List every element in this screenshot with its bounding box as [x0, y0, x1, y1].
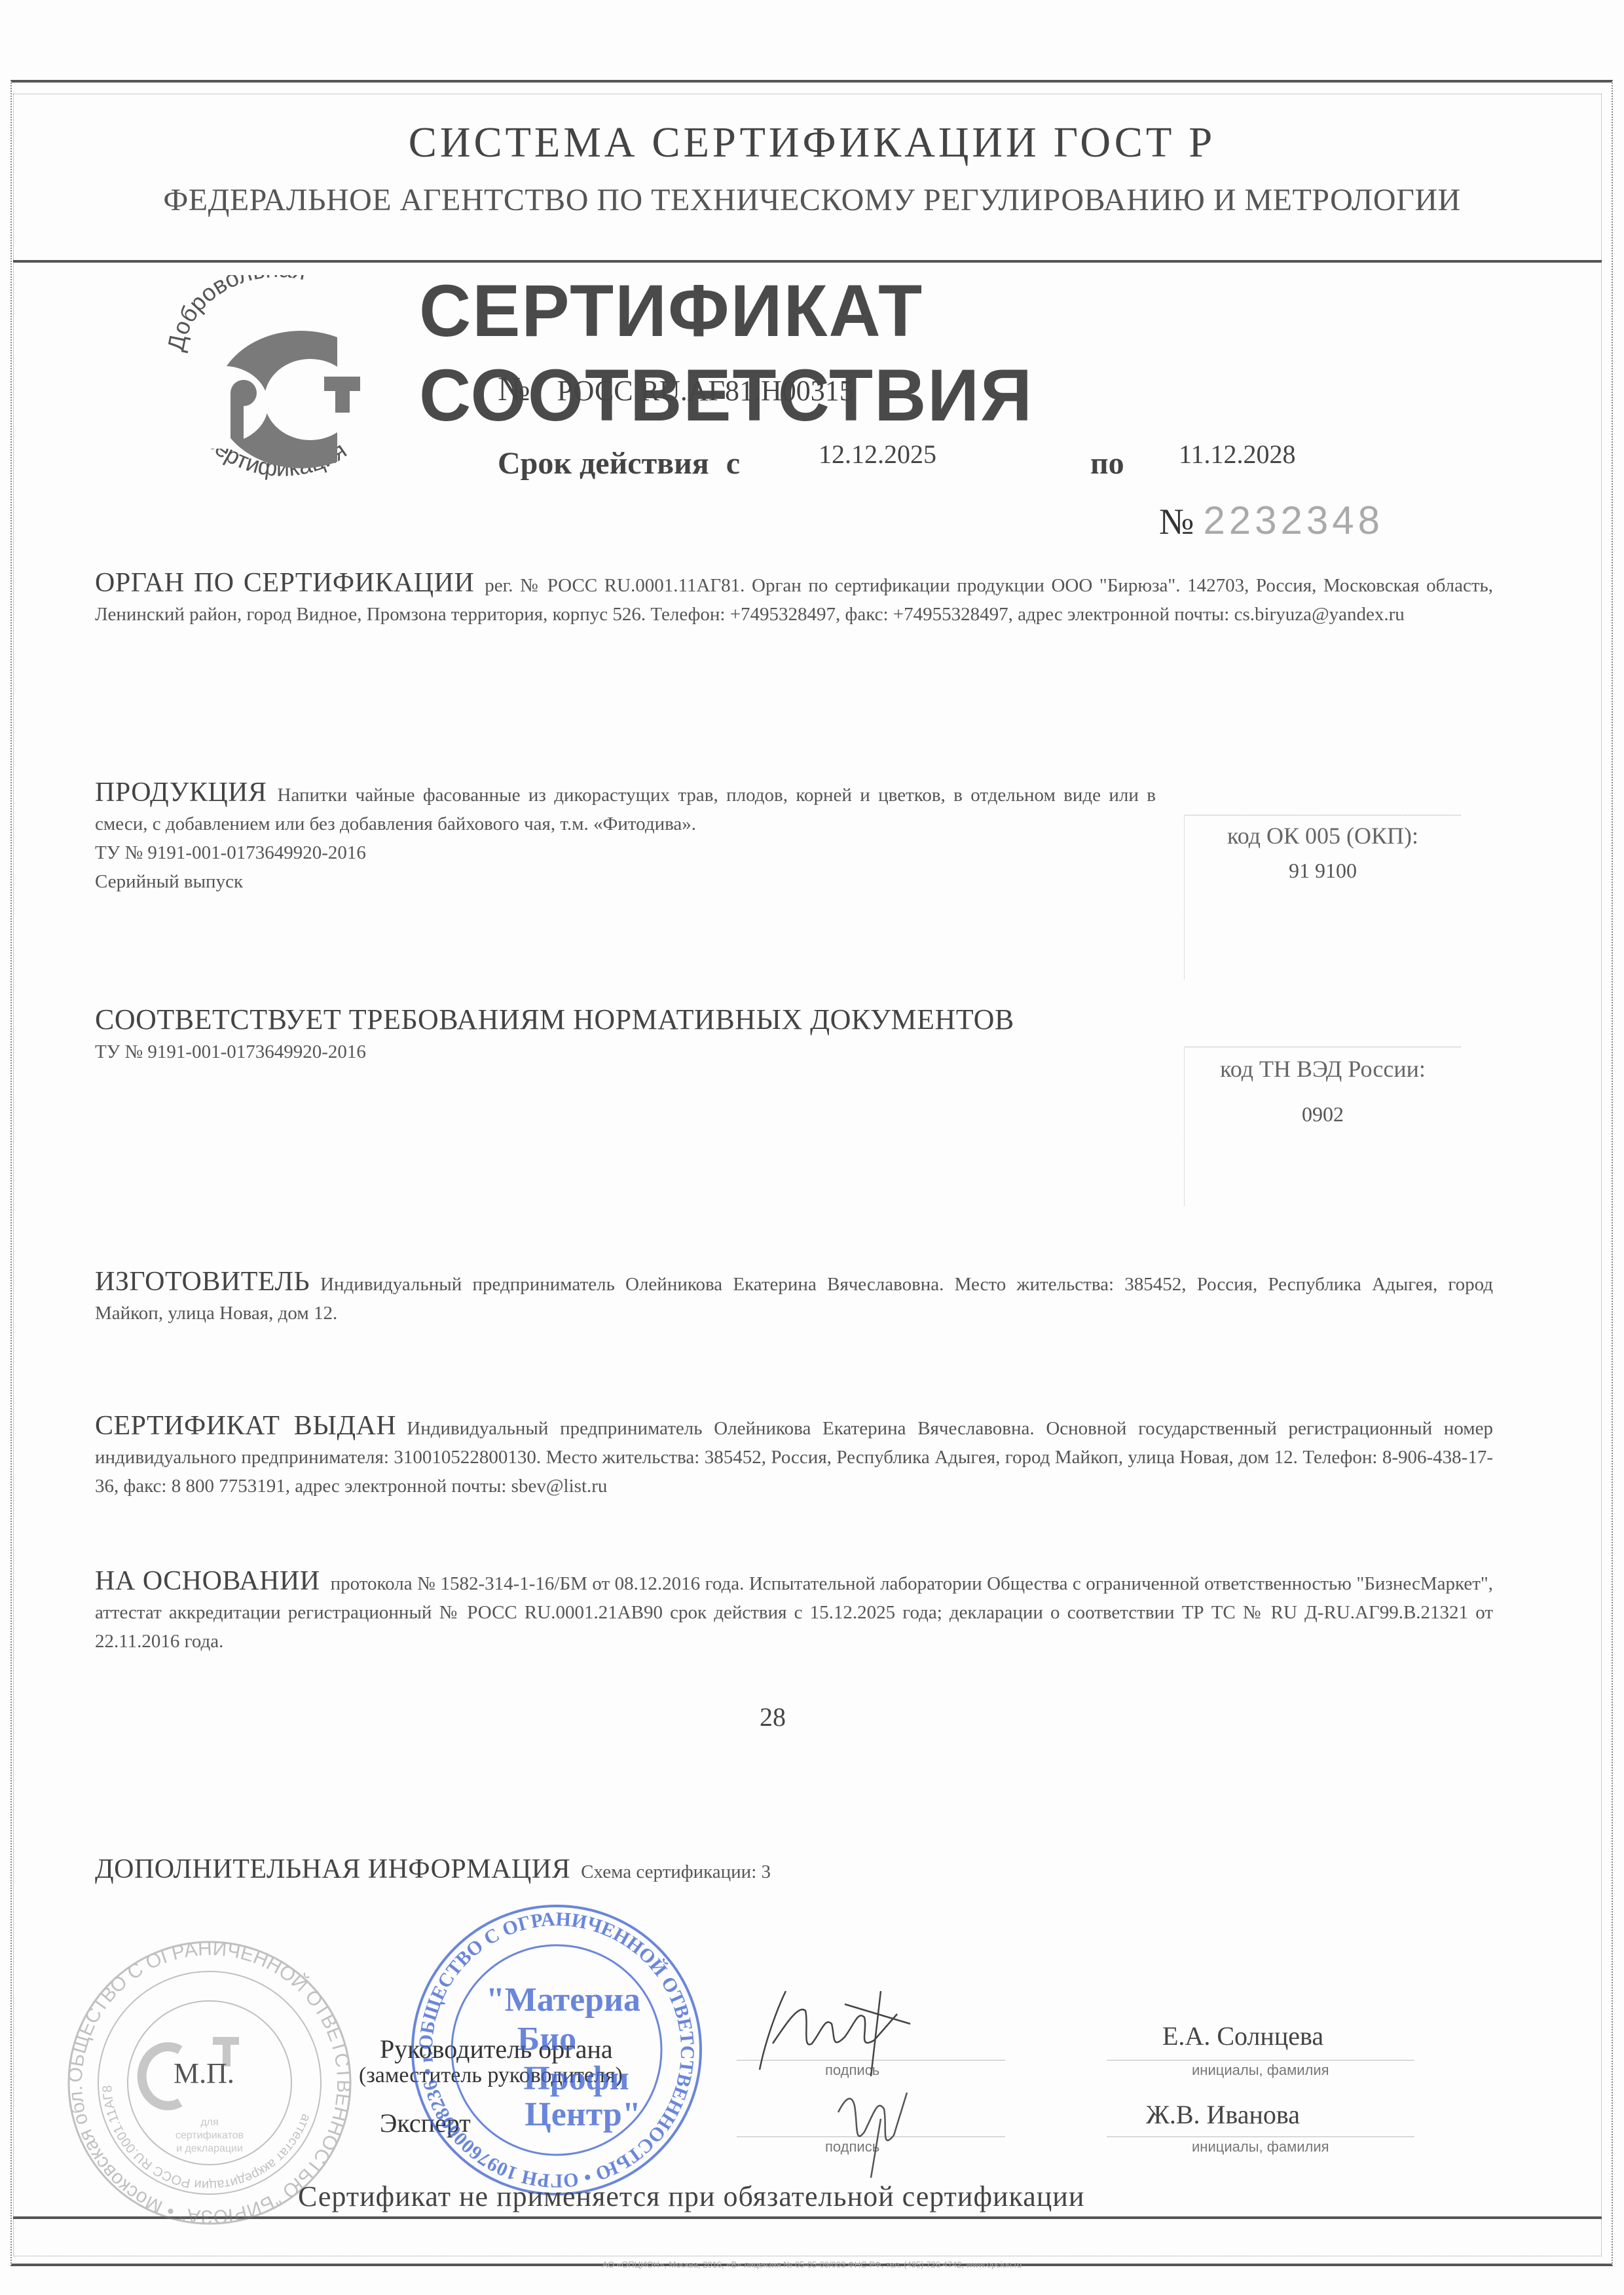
expert-signature-icon — [819, 2073, 936, 2178]
validity-from-label: с — [726, 446, 740, 481]
tnved-code-value: 0902 — [1185, 1102, 1461, 1127]
head-name-caption: инициалы, фамилия — [1192, 2062, 1329, 2079]
certificate-number: РОСС RU.АГ81.Н00315 — [557, 375, 854, 407]
manufacturer-label: ИЗГОТОВИТЕЛЬ — [95, 1267, 310, 1297]
blank-number-sign: № — [1159, 502, 1194, 542]
additional-info-text: Схема сертификации: 3 — [581, 1861, 771, 1882]
valid-from-date: 12.12.2025 — [819, 439, 936, 470]
product-section: ПРОДУКЦИЯНапитки чайные фасованные из ди… — [95, 778, 1156, 896]
expert-name: Ж.В. Иванова — [1146, 2099, 1300, 2130]
blank-serial-number: №2232348 — [1159, 498, 1384, 543]
manufacturer-section: ИЗГОТОВИТЕЛЬИндивидуальный предпринимате… — [95, 1267, 1493, 1328]
voluntary-notice: Сертификат не применяется при обязательн… — [298, 2180, 1084, 2213]
okp-code-box: код ОК 005 (ОКП): 91 9100 — [1184, 815, 1461, 979]
issued-to-section: СЕРТИФИКАТ ВЫДАНИндивидуальный предприни… — [95, 1411, 1493, 1501]
validity-label: Срок действия — [498, 446, 709, 481]
page-number: 28 — [760, 1702, 786, 1732]
svg-text:Центр": Центр" — [525, 2096, 640, 2133]
product-label: ПРОДУКЦИЯ — [95, 777, 267, 808]
number-sign: № — [498, 371, 530, 408]
head-name: Е.А. Солнцева — [1162, 2021, 1323, 2051]
basis-label: НА ОСНОВАНИИ — [95, 1566, 320, 1596]
header-divider — [13, 260, 1602, 263]
agency-name: ФЕДЕРАЛЬНОЕ АГЕНТСТВО ПО ТЕХНИЧЕСКОМУ РЕ… — [0, 182, 1624, 218]
okp-code-label: код ОК 005 (ОКП): — [1227, 823, 1418, 849]
system-title: СИСТЕМА СЕРТИФИКАЦИИ ГОСТ Р — [16, 118, 1608, 168]
certification-body-label: ОРГАН ПО СЕРТИФИКАЦИИ — [95, 568, 474, 598]
additional-info-label: ДОПОЛНИТЕЛЬНАЯ ИНФОРМАЦИЯ — [95, 1854, 570, 1884]
compliance-section: СООТВЕТСТВУЕТ ТРЕБОВАНИЯМ НОРМАТИВНЫХ ДО… — [95, 1005, 1156, 1066]
printer-imprint: АО «ОПЦИОН», Москва, 2016, «В» лицензия … — [0, 2260, 1624, 2269]
svg-text:"Материа: "Материа — [486, 1981, 640, 2019]
svg-text:для: для — [200, 2117, 218, 2128]
pct-mark-icon: Добровольная сертификация — [157, 275, 399, 491]
validity-period: Срок действия с 12.12.2025 по 11.12.2028 — [498, 445, 740, 481]
expert-name-line — [1107, 2136, 1414, 2137]
product-release-type: Серийный выпуск — [95, 871, 243, 892]
valid-to-date: 11.12.2028 — [1179, 439, 1296, 470]
svg-text:Био: Био — [517, 2021, 576, 2058]
tnved-code-label: код ТН ВЭД России: — [1220, 1056, 1426, 1082]
svg-text:и декларации: и декларации — [176, 2143, 243, 2154]
head-name-line — [1107, 2060, 1414, 2061]
tnved-code-box: код ТН ВЭД России: 0902 — [1184, 1047, 1461, 1206]
certification-body-section: ОРГАН ПО СЕРТИФИКАЦИИрег. № РОСС RU.0001… — [95, 569, 1493, 629]
basis-section: НА ОСНОВАНИИпротокола № 1582-314-1-16/БМ… — [95, 1567, 1493, 1656]
organization-round-stamp: ОБЩЕСТВО С ОГРАНИЧЕННОЙ ОТВЕТСТВЕННОСТЬЮ… — [406, 1899, 707, 2201]
certificate-number-row: № РОСС RU.АГ81.Н00315 — [498, 370, 854, 409]
head-signature-icon — [747, 1978, 930, 2083]
svg-text:сертификатов: сертификатов — [175, 2130, 244, 2141]
svg-text:Профи: Профи — [523, 2060, 629, 2097]
compliance-label: СООТВЕТСТВУЕТ ТРЕБОВАНИЯМ НОРМАТИВНЫХ ДО… — [95, 1003, 1014, 1036]
product-spec: ТУ № 9191-001-0173649920-2016 — [95, 842, 366, 863]
additional-info-section: ДОПОЛНИТЕЛЬНАЯ ИНФОРМАЦИЯСхема сертифика… — [95, 1855, 1493, 1886]
validity-to-label: по — [1090, 445, 1124, 481]
stamp-place-label: М.П. — [174, 2057, 234, 2090]
compliance-text: ТУ № 9191-001-0173649920-2016 — [95, 1041, 366, 1062]
certificate-title: СЕРТИФИКАТ СООТВЕТСТВИЯ — [419, 269, 1446, 438]
expert-name-caption: инициалы, фамилия — [1192, 2138, 1329, 2155]
blank-number: 2232348 — [1203, 498, 1384, 542]
blue-seal-icon: ОБЩЕСТВО С ОГРАНИЧЕННОЙ ОТВЕТСТВЕННОСТЬЮ… — [406, 1899, 707, 2201]
issued-to-label: СЕРТИФИКАТ ВЫДАН — [95, 1411, 396, 1441]
okp-code-value: 91 9100 — [1185, 859, 1461, 883]
voluntary-certification-logo: Добровольная сертификация — [157, 275, 399, 491]
